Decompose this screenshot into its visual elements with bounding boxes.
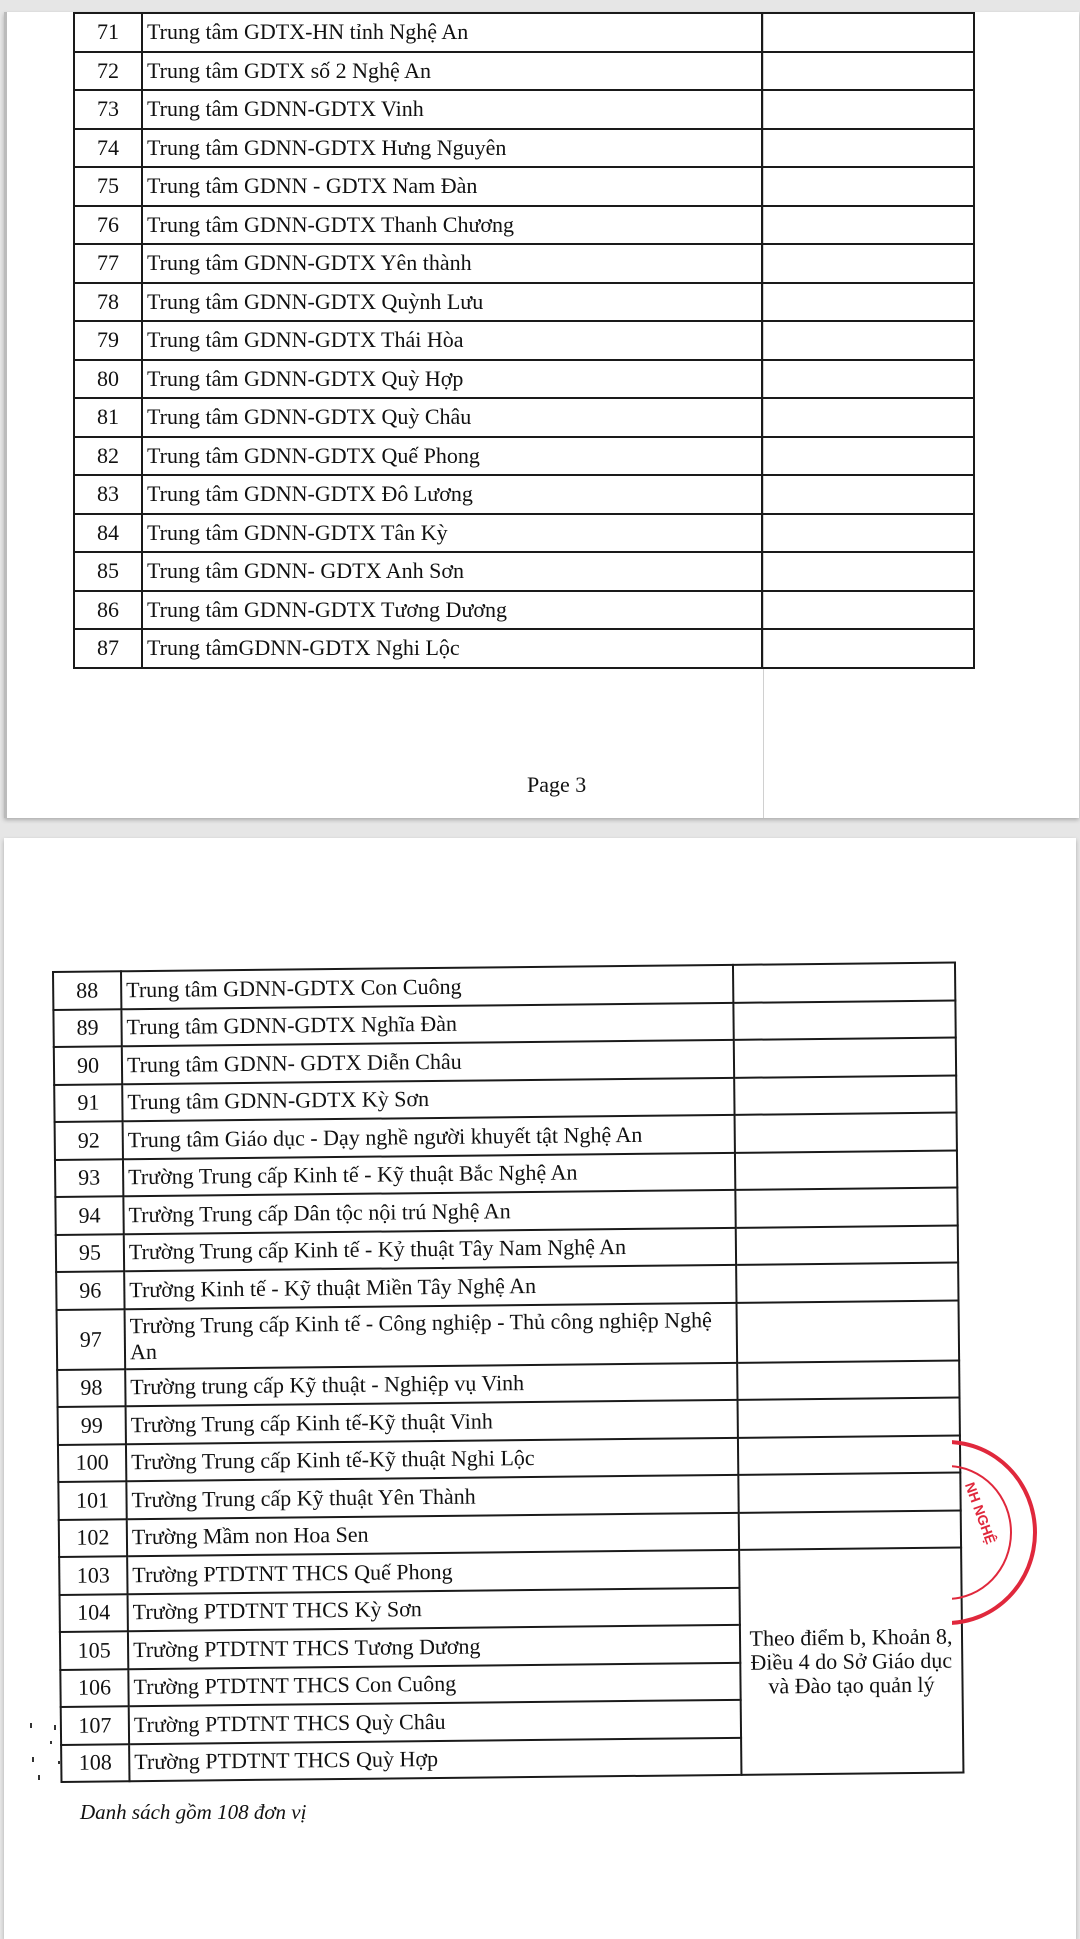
unit-name: Trung tâm GDNN-GDTX Vinh [142,90,762,129]
row-number: 94 [55,1196,123,1234]
row-number: 85 [74,552,142,591]
note-cell [738,1473,960,1513]
note-cell [735,1113,957,1153]
unit-name: Trung tâm GDNN-GDTX Quế Phong [142,437,762,476]
row-number: 81 [74,398,142,437]
row-number: 72 [74,52,142,91]
note-cell [762,321,974,360]
merged-note-cell: Theo điểm b, Khoản 8, Điều 4 do Sở Giáo … [739,1548,963,1775]
unit-name: Trung tâm GDTX số 2 Nghệ An [142,52,762,91]
row-number: 88 [53,971,121,1009]
note-cell [762,13,974,52]
unit-name: Trường Trung cấp Kỹ thuật Yên Thành [126,1475,738,1519]
note-cell [762,52,974,91]
row-number: 80 [74,360,142,399]
row-number: 73 [74,90,142,129]
note-cell [738,1435,960,1475]
table-row: 82Trung tâm GDNN-GDTX Quế Phong [74,437,974,476]
row-number: 105 [60,1631,128,1669]
unit-name: Trường Mầm non Hoa Sen [127,1512,739,1556]
table-row: 79Trung tâm GDNN-GDTX Thái Hòa [74,321,974,360]
unit-name: Trung tâmGDNN-GDTX Nghi Lộc [142,629,762,668]
row-number: 99 [58,1406,126,1444]
unit-name: Trường PTDTNT THCS Kỳ Sơn [128,1587,740,1631]
row-number: 84 [74,514,142,553]
unit-name: Trung tâm GDNN-GDTX Tân Kỳ [142,514,762,553]
row-number: 71 [74,13,142,52]
unit-name: Trường PTDTNT THCS Quế Phong [127,1550,739,1594]
row-number: 77 [74,244,142,283]
table-row: 76Trung tâm GDNN-GDTX Thanh Chương [74,206,974,245]
note-cell [736,1225,958,1265]
unit-name: Trường PTDTNT THCS Quỳ Châu [129,1700,741,1744]
row-number: 100 [58,1444,126,1482]
unit-name: Trường Kinh tế - Kỹ thuật Miền Tây Nghệ … [124,1265,736,1309]
note-cell [762,475,974,514]
unit-name: Trung tâm GDNN-GDTX Thái Hòa [142,321,762,360]
note-cell [762,206,974,245]
table-row: 78Trung tâm GDNN-GDTX Quỳnh Lưu [74,283,974,322]
row-number: 90 [54,1046,122,1084]
unit-name: Trung tâm GDNN-GDTX Đô Lương [142,475,762,514]
official-red-stamp: NH NGHỆ [952,1440,1042,1630]
row-number: 89 [53,1009,121,1047]
note-cell [762,591,974,630]
row-number: 106 [60,1669,128,1707]
units-table-part-2: 88Trung tâm GDNN-GDTX Con Cuông89Trung t… [52,962,964,1783]
unit-name: Trung tâm GDNN-GDTX Tương Dương [142,591,762,630]
row-number: 97 [57,1309,126,1370]
row-number: 104 [60,1594,128,1632]
table-row: 74Trung tâm GDNN-GDTX Hưng Nguyên [74,129,974,168]
unit-name: Trung tâm GDNN- GDTX Diễn Châu [122,1040,734,1084]
note-cell [739,1510,961,1550]
row-number: 82 [74,437,142,476]
note-cell [762,244,974,283]
unit-name: Trường Trung cấp Kinh tế - Công nghiệp -… [125,1302,738,1368]
note-cell [762,283,974,322]
row-number: 102 [59,1519,127,1557]
table-row: 84Trung tâm GDNN-GDTX Tân Kỳ [74,514,974,553]
note-cell [736,1263,958,1303]
row-number: 83 [74,475,142,514]
unit-name: Trường PTDTNT THCS Con Cuông [128,1662,740,1706]
note-cell [762,552,974,591]
unit-name: Trung tâm GDNN-GDTX Thanh Chương [142,206,762,245]
table-row: 72Trung tâm GDTX số 2 Nghệ An [74,52,974,91]
unit-name: Trường Trung cấp Kinh tế - Kỹ thuật Bắc … [123,1152,735,1196]
table-row: 77Trung tâm GDNN-GDTX Yên thành [74,244,974,283]
note-cell [762,90,974,129]
document-page-3: 71Trung tâm GDTX-HN tỉnh Nghệ An72Trung … [4,12,1079,818]
row-number: 78 [74,283,142,322]
table-row: 83Trung tâm GDNN-GDTX Đô Lương [74,475,974,514]
unit-name: Trung tâm GDNN-GDTX Nghĩa Đàn [121,1002,733,1046]
table-row: 81Trung tâm GDNN-GDTX Quỳ Châu [74,398,974,437]
unit-name: Trung tâm GDNN-GDTX Con Cuông [121,965,733,1009]
note-cell [762,167,974,206]
table-row: 103Trường PTDTNT THCS Quế PhongTheo điểm… [59,1548,961,1595]
unit-name: Trung tâm GDTX-HN tỉnh Nghệ An [142,13,762,52]
note-cell [733,963,955,1003]
note-cell [733,1000,955,1040]
row-number: 86 [74,591,142,630]
unit-name: Trường PTDTNT THCS Quỳ Hợp [129,1737,741,1781]
row-number: 87 [74,629,142,668]
table-row: 73Trung tâm GDNN-GDTX Vinh [74,90,974,129]
table-row: 86Trung tâm GDNN-GDTX Tương Dương [74,591,974,630]
note-cell [762,398,974,437]
row-number: 101 [58,1481,126,1519]
unit-name: Trung tâm GDNN- GDTX Anh Sơn [142,552,762,591]
unit-name: Trung tâm Giáo dục - Dạy nghề người khuy… [123,1115,735,1159]
units-table-part-1: 71Trung tâm GDTX-HN tỉnh Nghệ An72Trung … [73,12,975,669]
note-cell [737,1300,960,1362]
unit-name: Trung tâm GDNN-GDTX Quỳ Hợp [142,360,762,399]
note-cell [735,1150,957,1190]
row-number: 103 [59,1556,127,1594]
row-number: 95 [56,1234,124,1272]
row-number: 108 [61,1744,129,1782]
unit-name: Trung tâm GDNN-GDTX Hưng Nguyên [142,129,762,168]
table-row: 87Trung tâmGDNN-GDTX Nghi Lộc [74,629,974,668]
table-row: 71Trung tâm GDTX-HN tỉnh Nghệ An [74,13,974,52]
row-number: 107 [61,1706,129,1744]
unit-name: Trung tâm GDNN-GDTX Kỳ Sơn [122,1077,734,1121]
table-row: 97Trường Trung cấp Kinh tế - Công nghiệp… [57,1300,960,1369]
note-cell [734,1075,956,1115]
page-number-label: Page 3 [527,772,586,798]
row-number: 79 [74,321,142,360]
note-cell [762,129,974,168]
unit-name: Trường Trung cấp Dân tộc nội trú Nghệ An [123,1190,735,1234]
list-total-note: Danh sách gồm 108 đơn vị [80,1800,306,1825]
unit-name: Trường Trung cấp Kinh tế-Kỹ thuật Vinh [126,1400,738,1444]
table-row: 85Trung tâm GDNN- GDTX Anh Sơn [74,552,974,591]
document-page-4: 88Trung tâm GDNN-GDTX Con Cuông89Trung t… [4,838,1076,1939]
note-cell [737,1360,959,1400]
unit-name: Trường Trung cấp Kinh tế - Kỷ thuật Tây … [124,1227,736,1271]
unit-name: Trường Trung cấp Kinh tế-Kỹ thuật Nghi L… [126,1437,738,1481]
table-row: 80Trung tâm GDNN-GDTX Quỳ Hợp [74,360,974,399]
unit-name: Trung tâm GDNN - GDTX Nam Đàn [142,167,762,206]
unit-name: Trung tâm GDNN-GDTX Yên thành [142,244,762,283]
note-cell [735,1188,957,1228]
row-number: 96 [56,1271,124,1309]
note-cell [762,360,974,399]
note-cell [734,1038,956,1078]
unit-name: Trường PTDTNT THCS Tương Dương [128,1625,740,1669]
row-number: 92 [55,1121,123,1159]
row-number: 75 [74,167,142,206]
row-number: 98 [57,1369,125,1407]
unit-name: Trung tâm GDNN-GDTX Quỳ Châu [142,398,762,437]
row-number: 76 [74,206,142,245]
note-cell [762,437,974,476]
row-number: 93 [55,1159,123,1197]
note-cell [762,629,974,668]
row-number: 91 [54,1084,122,1122]
row-number: 74 [74,129,142,168]
note-cell [738,1398,960,1438]
note-cell [762,514,974,553]
table-row: 75Trung tâm GDNN - GDTX Nam Đàn [74,167,974,206]
unit-name: Trung tâm GDNN-GDTX Quỳnh Lưu [142,283,762,322]
unit-name: Trường trung cấp Kỹ thuật - Nghiệp vụ Vi… [125,1362,737,1406]
